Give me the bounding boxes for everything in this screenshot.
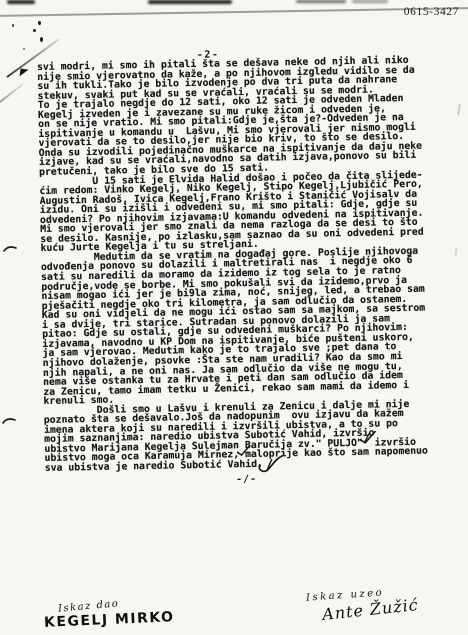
page-end-mark: -/- [236,474,257,485]
handwritten-checkmark [256,454,286,474]
scanned-document-page: 0615-3427 -2- svi modri, mi smo ih pital… [0,0,468,635]
statement-body-text: svi modri, mi smo ih pitali šta se dešav… [37,56,428,474]
handwritten-checkmark [236,445,252,457]
handwritten-checkmark [359,431,379,445]
typewritten-layer: -2- svi modri, mi smo ih pitali šta se d… [0,0,468,635]
